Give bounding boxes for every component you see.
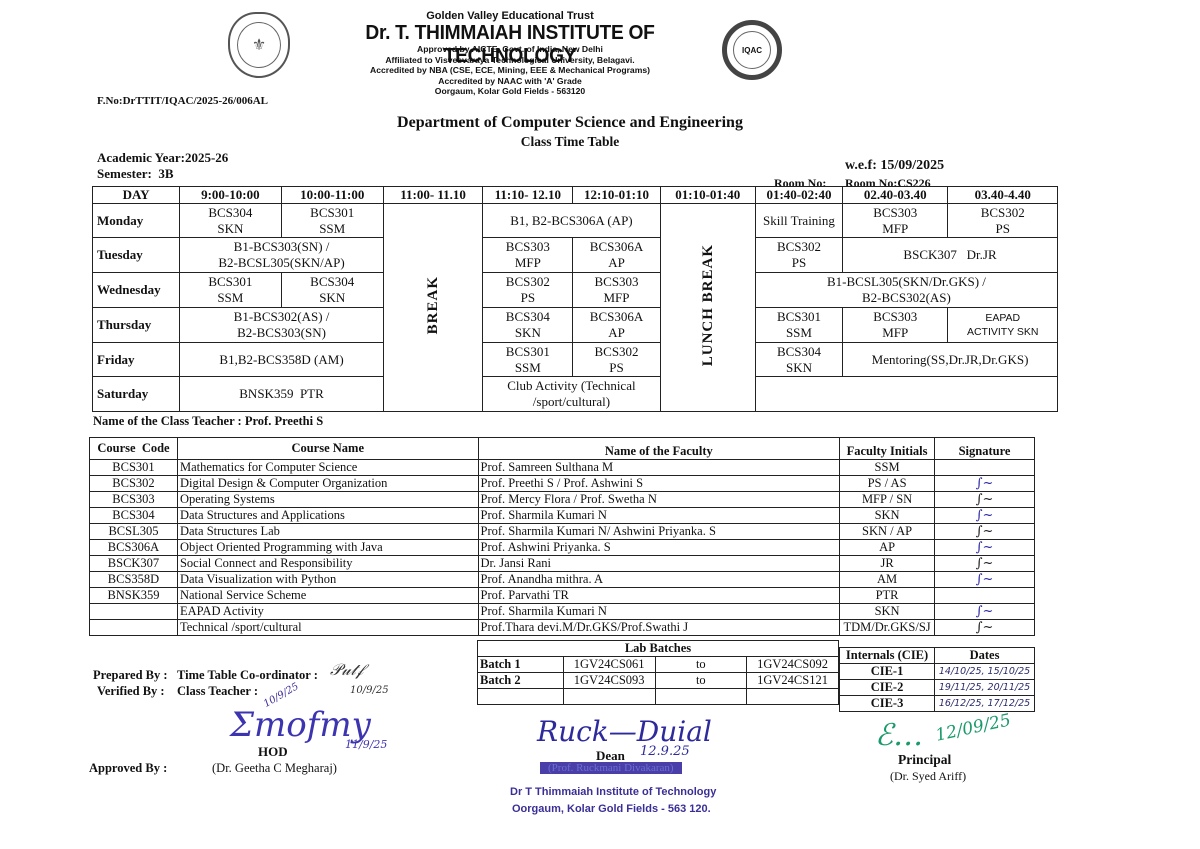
header-internals: Internals (CIE) <box>840 648 935 664</box>
tuesday-slot-5: BCS306A AP <box>573 238 660 273</box>
monday-slot-7: Skill Training <box>755 204 842 238</box>
faculty-initials: SKN <box>840 508 935 524</box>
course-name: Data Structures Lab <box>177 524 478 540</box>
course-row: EAPAD ActivityProf. Sharmila Kumari NSKN… <box>90 604 1035 620</box>
monday-slot-4-5: B1, B2-BCS306A (AP) <box>483 204 660 238</box>
trust-name: Golden Valley Educational Trust <box>300 10 720 22</box>
saturday-slot-7-9 <box>755 377 1057 412</box>
header-dates: Dates <box>935 648 1035 664</box>
cie-row: CIE-1 14/10/25, 15/10/25 <box>840 664 1035 680</box>
dean-name-stamp: (Prof. Ruckmani Divakaran) <box>540 762 682 774</box>
faculty-name: Prof. Mercy Flora / Prof. Swetha N <box>478 492 840 508</box>
faculty-name: Prof. Sharmila Kumari N <box>478 604 840 620</box>
faculty-initials: MFP / SN <box>840 492 935 508</box>
faculty-name: Dr. Jansi Rani <box>478 556 840 572</box>
nba-line: Accredited by NBA (CSE, ECE, Mining, EEE… <box>300 65 720 76</box>
wednesday-slot-5: BCS303 MFP <box>573 273 660 308</box>
thursday-slot-1-2: B1-BCS302(AS) / B2-BCS303(SN) <box>180 308 384 343</box>
handwritten-signature-icon: ∫~ <box>976 540 994 555</box>
thursday-slot-4: BCS304 SKN <box>483 308 573 343</box>
course-code: BSCK307 <box>90 556 178 572</box>
signature-cell: ∫~ <box>935 508 1035 524</box>
tuesday-slot-8-9: BSCK307 Dr.JR <box>843 238 1058 273</box>
faculty-initials: SKN / AP <box>840 524 935 540</box>
course-name: EAPAD Activity <box>177 604 478 620</box>
naac-line: Accredited by NAAC with 'A' Grade <box>300 76 720 87</box>
day-friday: Friday <box>93 343 180 377</box>
principal-sign-date: 12/09/25 <box>934 710 1013 745</box>
wednesday-slot-4: BCS302 PS <box>483 273 573 308</box>
saturday-slot-4-5: Club Activity (Technical /sport/cultural… <box>483 377 660 412</box>
break-cell: BREAK <box>383 204 482 412</box>
course-name: Data Structures and Applications <box>177 508 478 524</box>
cie-row: CIE-3 16/12/25, 17/12/25 <box>840 696 1035 712</box>
batch-row: Batch 2 1GV24CS093 to 1GV24CS121 <box>478 673 839 689</box>
iqac-logo-text: IQAC <box>742 46 762 55</box>
faculty-name: Prof.Thara devi.M/Dr.GKS/Prof.Swathi J <box>478 620 840 636</box>
header-course-name: Course Name <box>177 438 478 460</box>
institute-emblem-logo: ⚜ <box>228 12 290 78</box>
header-slot-8: 02.40-03.40 <box>843 187 948 204</box>
course-code: BCS306A <box>90 540 178 556</box>
approved-by-label: Approved By : <box>89 761 167 776</box>
batch-from: 1GV24CS061 <box>563 657 655 673</box>
tuesday-slot-4: BCS303 MFP <box>483 238 573 273</box>
cie-name: CIE-2 <box>840 680 935 696</box>
handwritten-signature-icon: ∫~ <box>976 508 994 523</box>
handwritten-signature-icon: ∫~ <box>976 476 994 491</box>
header-slot-1: 9:00-10:00 <box>180 187 281 204</box>
thursday-slot-7: BCS301 SSM <box>755 308 842 343</box>
batch-to-label: to <box>655 657 747 673</box>
monday-slot-9: BCS302 PS <box>948 204 1058 238</box>
batch-to: 1GV24CS092 <box>747 657 839 673</box>
course-code: BCS304 <box>90 508 178 524</box>
course-row: BCSL305Data Structures LabProf. Sharmila… <box>90 524 1035 540</box>
thursday-slot-8: BCS303 MFP <box>843 308 948 343</box>
signature-cell: ∫~ <box>935 492 1035 508</box>
lunch-break-cell: LUNCH BREAK <box>660 204 755 412</box>
verified-by-role: Class Teacher : <box>177 684 258 699</box>
cie-dates: 19/11/25, 20/11/25 <box>935 680 1035 696</box>
course-code: BCSL305 <box>90 524 178 540</box>
signature-cell <box>935 460 1035 476</box>
faculty-initials: TDM/Dr.GKS/SJ <box>840 620 935 636</box>
handwritten-signature-icon: ∫~ <box>976 572 994 587</box>
course-code: BCS301 <box>90 460 178 476</box>
institute-stamp-line-2: Oorgaum, Kolar Gold Fields - 563 120. <box>512 803 711 815</box>
day-wednesday: Wednesday <box>93 273 180 308</box>
course-row: BCS301Mathematics for Computer SciencePr… <box>90 460 1035 476</box>
signature-cell: ∫~ <box>935 476 1035 492</box>
batch-to-label: to <box>655 673 747 689</box>
day-thursday: Thursday <box>93 308 180 343</box>
faculty-name: Prof. Samreen Sulthana M <box>478 460 840 476</box>
wednesday-slot-7-9: B1-BCSL305(SKN/Dr.GKS) / B2-BCS302(AS) <box>755 273 1057 308</box>
course-code <box>90 604 178 620</box>
course-code: BCS358D <box>90 572 178 588</box>
cie-name: CIE-3 <box>840 696 935 712</box>
affiliation-line: Affiliated to Visvesvaraya Technological… <box>300 55 720 66</box>
day-tuesday: Tuesday <box>93 238 180 273</box>
signature-cell: ∫~ <box>935 540 1035 556</box>
monday-slot-1: BCS304 SKN <box>180 204 281 238</box>
course-name: Object Oriented Programming with Java <box>177 540 478 556</box>
principal-signature: ℰ… <box>875 718 923 753</box>
header-slot-7: 01:40-02:40 <box>755 187 842 204</box>
saturday-slot-1-2: BNSK359 PTR <box>180 377 384 412</box>
semester: Semester: 3B <box>97 166 174 182</box>
signature-cell: ∫~ <box>935 604 1035 620</box>
file-number: F.No:DrTTIT/IQAC/2025-26/006AL <box>97 95 268 107</box>
header-faculty-name: Name of the Faculty <box>478 438 840 460</box>
wednesday-slot-1: BCS301 SSM <box>180 273 281 308</box>
signature-cell: ∫~ <box>935 620 1035 636</box>
course-row: BNSK359National Service SchemeProf. Parv… <box>90 588 1035 604</box>
course-faculty-table: Course Code Course Name Name of the Facu… <box>89 437 1035 636</box>
batch-row: Batch 1 1GV24CS061 to 1GV24CS092 <box>478 657 839 673</box>
address-line: Oorgaum, Kolar Gold Fields - 563120 <box>300 86 720 97</box>
principal-name: (Dr. Syed Ariff) <box>890 769 966 784</box>
tuesday-slot-1-2: B1-BCS303(SN) / B2-BCSL305(SKN/AP) <box>180 238 384 273</box>
faculty-initials: AM <box>840 572 935 588</box>
monday-slot-2: BCS301 SSM <box>281 204 383 238</box>
friday-slot-7: BCS304 SKN <box>755 343 842 377</box>
break-label: BREAK <box>425 276 441 334</box>
verified-by-label: Verified By : <box>97 684 165 699</box>
institute-stamp-line-1: Dr T Thimmaiah Institute of Technology <box>510 786 716 798</box>
faculty-initials: JR <box>840 556 935 572</box>
course-code: BCS302 <box>90 476 178 492</box>
day-monday: Monday <box>93 204 180 238</box>
class-teacher: Name of the Class Teacher : Prof. Preeth… <box>93 414 323 429</box>
course-code <box>90 620 178 636</box>
header-slot-5: 12:10-01:10 <box>573 187 660 204</box>
faculty-name: Prof. Anandha mithra. A <box>478 572 840 588</box>
hod-label: HOD <box>258 744 288 760</box>
faculty-initials: SKN <box>840 604 935 620</box>
faculty-name: Prof. Sharmila Kumari N <box>478 508 840 524</box>
prepared-by-label: Prepared By : <box>93 668 168 683</box>
faculty-name: Prof. Preethi S / Prof. Ashwini S <box>478 476 840 492</box>
header-slot-lunch: 01:10-01:40 <box>660 187 755 204</box>
faculty-name: Prof. Parvathi TR <box>478 588 840 604</box>
wef-date: w.e.f: 15/09/2025 <box>845 158 944 174</box>
course-row: BCS303Operating SystemsProf. Mercy Flora… <box>90 492 1035 508</box>
course-name: National Service Scheme <box>177 588 478 604</box>
cie-dates: 14/10/25, 15/10/25 <box>935 664 1035 680</box>
cie-dates: 16/12/25, 17/12/25 <box>935 696 1035 712</box>
header-signature: Signature <box>935 438 1035 460</box>
course-name: Social Connect and Responsibility <box>177 556 478 572</box>
header-faculty-initials: Faculty Initials <box>840 438 935 460</box>
handwritten-signature-icon: ∫~ <box>976 556 994 571</box>
department-title: Department of Computer Science and Engin… <box>360 114 780 132</box>
batch-to: 1GV24CS121 <box>747 673 839 689</box>
thursday-slot-9: EAPAD ACTIVITY SKN <box>948 308 1058 343</box>
header-course-code: Course Code <box>90 438 178 460</box>
signature-cell <box>935 588 1035 604</box>
course-row: BSCK307Social Connect and Responsibility… <box>90 556 1035 572</box>
faculty-initials: SSM <box>840 460 935 476</box>
course-code: BCS303 <box>90 492 178 508</box>
friday-slot-4: BCS301 SSM <box>483 343 573 377</box>
tuesday-slot-7: BCS302 PS <box>755 238 842 273</box>
course-row: BCS306AObject Oriented Programming with … <box>90 540 1035 556</box>
class-timetable: DAY 9:00-10:00 10:00-11:00 11:00- 11.10 … <box>92 186 1058 412</box>
faculty-initials: PS / AS <box>840 476 935 492</box>
batch-name: Batch 1 <box>478 657 564 673</box>
header-slot-2: 10:00-11:00 <box>281 187 383 204</box>
signature-cell: ∫~ <box>935 524 1035 540</box>
signature-cell: ∫~ <box>935 572 1035 588</box>
friday-slot-1-2: B1,B2-BCS358D (AM) <box>180 343 384 377</box>
course-name: Digital Design & Computer Organization <box>177 476 478 492</box>
handwritten-signature-icon: ∫~ <box>976 524 994 539</box>
friday-slot-5: BCS302 PS <box>573 343 660 377</box>
hod-name: (Dr. Geetha C Megharaj) <box>212 761 337 776</box>
coordinator-signature: 𝒫𝓊𝓉𝒻 <box>330 660 363 680</box>
course-name: Technical /sport/cultural <box>177 620 478 636</box>
cie-name: CIE-1 <box>840 664 935 680</box>
course-name: Mathematics for Computer Science <box>177 460 478 476</box>
dean-sign-date: 12.9.25 <box>640 744 690 759</box>
batch-from: 1GV24CS093 <box>563 673 655 689</box>
cie-row: CIE-2 19/11/25, 20/11/25 <box>840 680 1035 696</box>
handwritten-signature-icon: ∫~ <box>976 620 994 635</box>
approval-line: Approved by AICTE, Govt. of India, New D… <box>300 44 720 55</box>
faculty-initials: PTR <box>840 588 935 604</box>
lab-batches-table: Lab Batches Batch 1 1GV24CS061 to 1GV24C… <box>477 640 839 705</box>
course-row: Technical /sport/culturalProf.Thara devi… <box>90 620 1035 636</box>
signature-cell: ∫~ <box>935 556 1035 572</box>
coordinator-sign-date: 10/9/25 <box>350 685 389 696</box>
hod-sign-date: 11/9/25 <box>345 738 387 751</box>
institute-details: Approved by AICTE, Govt. of India, New D… <box>300 44 720 97</box>
faculty-name: Prof. Sharmila Kumari N/ Ashwini Priyank… <box>478 524 840 540</box>
friday-slot-8-9: Mentoring(SS,Dr.JR,Dr.GKS) <box>843 343 1058 377</box>
monday-slot-8: BCS303 MFP <box>843 204 948 238</box>
internals-table: Internals (CIE) Dates CIE-1 14/10/25, 15… <box>839 647 1035 712</box>
lab-batches-title: Lab Batches <box>478 641 839 657</box>
day-saturday: Saturday <box>93 377 180 412</box>
header-slot-4: 11:10- 12.10 <box>483 187 573 204</box>
prepared-by-role: Time Table Co-ordinator : <box>177 668 318 683</box>
course-name: Operating Systems <box>177 492 478 508</box>
principal-label: Principal <box>898 752 951 768</box>
faculty-initials: AP <box>840 540 935 556</box>
handwritten-signature-icon: ∫~ <box>976 604 994 619</box>
course-name: Data Visualization with Python <box>177 572 478 588</box>
lunch-break-label: LUNCH BREAK <box>700 244 716 366</box>
academic-year: Academic Year:2025-26 <box>97 150 228 166</box>
thursday-slot-5: BCS306A AP <box>573 308 660 343</box>
timetable-subtitle: Class Time Table <box>360 134 780 150</box>
wednesday-slot-2: BCS304 SKN <box>281 273 383 308</box>
course-row: BCS302Digital Design & Computer Organiza… <box>90 476 1035 492</box>
faculty-name: Prof. Ashwini Priyanka. S <box>478 540 840 556</box>
batch-name: Batch 2 <box>478 673 564 689</box>
header-slot-break: 11:00- 11.10 <box>383 187 482 204</box>
course-code: BNSK359 <box>90 588 178 604</box>
course-row: BCS304Data Structures and ApplicationsPr… <box>90 508 1035 524</box>
header-slot-9: 03.40-4.40 <box>948 187 1058 204</box>
header-day: DAY <box>93 187 180 204</box>
iqac-logo: IQAC <box>722 20 782 80</box>
course-row: BCS358DData Visualization with PythonPro… <box>90 572 1035 588</box>
handwritten-signature-icon: ∫~ <box>976 492 994 507</box>
